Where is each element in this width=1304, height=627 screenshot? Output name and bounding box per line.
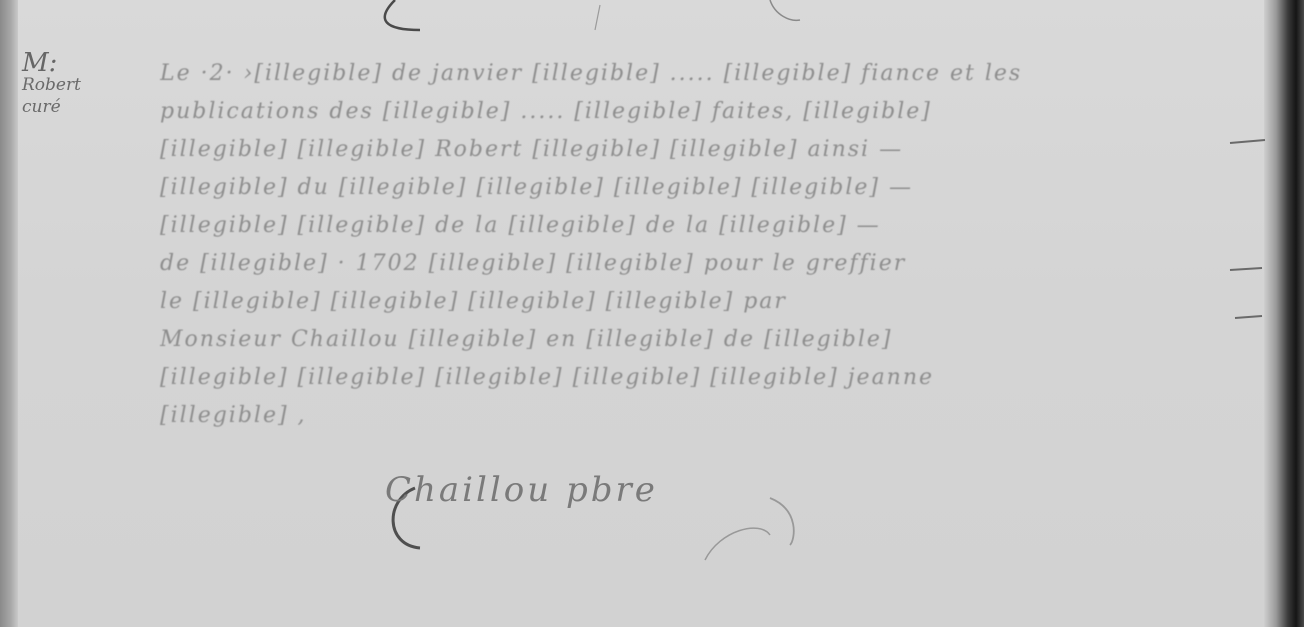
entry-line: Le ·2· ›[illegible] de janvier [illegibl… [160,55,1260,93]
signature: Chaillou pbre [385,470,658,510]
entry-line: [illegible] du [illegible] [illegible] [… [160,169,1260,207]
entry-line: [illegible] [illegible] [illegible] [ill… [160,359,1260,397]
entry-line: [illegible] [illegible] de la [illegible… [160,207,1260,245]
entry-line: Monsieur Chaillou [illegible] en [illegi… [160,321,1260,359]
entry-line: de [illegible] · 1702 [illegible] [illeg… [160,245,1260,283]
margin-note: M: Robert curé [22,52,142,118]
entry-line: [illegible] [illegible] Robert [illegibl… [160,131,1260,169]
margin-note-line-2: Robert [22,74,142,96]
entry-line: publications des [illegible] ..... [ille… [160,93,1260,131]
scanned-page: M: Robert curé Le ·2· ›[illegible] de ja… [0,0,1304,627]
entry-line: [illegible] , [160,397,1260,435]
entry-line: le [illegible] [illegible] [illegible] [… [160,283,1260,321]
margin-note-line-1: M: [22,52,142,74]
register-entry-body: Le ·2· ›[illegible] de janvier [illegibl… [160,55,1260,435]
margin-note-line-3: curé [22,96,142,118]
